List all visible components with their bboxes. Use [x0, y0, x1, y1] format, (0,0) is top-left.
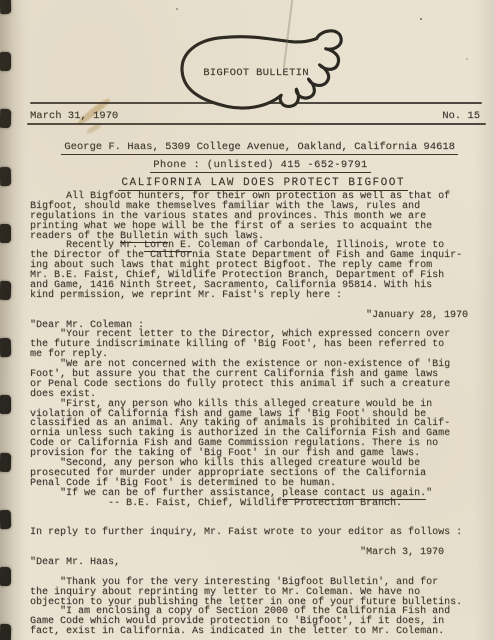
- binding-hole-mark: [0, 281, 11, 300]
- binding-hole-mark: [0, 510, 11, 529]
- binding-hole-mark: [0, 395, 11, 414]
- body-line: kind permission, we reprint Mr. Faist's …: [30, 291, 468, 301]
- horizontal-rule-dates: [27, 123, 486, 125]
- binding-hole-mark: [0, 166, 11, 185]
- binding-hole-mark: [0, 338, 11, 357]
- body-line: "Dear Mr. Haas,: [30, 558, 468, 568]
- body-line: In reply to further inquiry, Mr. Faist w…: [30, 528, 468, 538]
- body-line: [30, 509, 468, 519]
- binding-hole-mark: [0, 224, 11, 243]
- binding-hole-mark: [0, 452, 11, 471]
- body-line: fact, exist in California. As indicated …: [30, 627, 468, 637]
- binding-hole-mark: [0, 567, 11, 586]
- issue-date: March 31, 1970: [30, 110, 118, 122]
- body-line: -- B.E. Faist, Chief, Wildlife Protectio…: [30, 499, 468, 509]
- issue-number: No. 15: [442, 110, 480, 122]
- binding-hole-mark: [0, 624, 11, 640]
- binding-hole-mark: [0, 0, 11, 14]
- binding-hole-mark: [0, 52, 11, 71]
- masthead-title: BIGFOOT BULLETIN: [196, 67, 316, 79]
- binding-hole-mark: [0, 109, 11, 128]
- body-text: All Bigfoot hunters, for their own prote…: [30, 192, 468, 637]
- paper-specks: [420, 18, 422, 20]
- bulletin-page: BIGFOOT BULLETIN March 31, 1970 No. 15 G…: [0, 0, 494, 640]
- scan-edge-shadow: [0, 0, 24, 640]
